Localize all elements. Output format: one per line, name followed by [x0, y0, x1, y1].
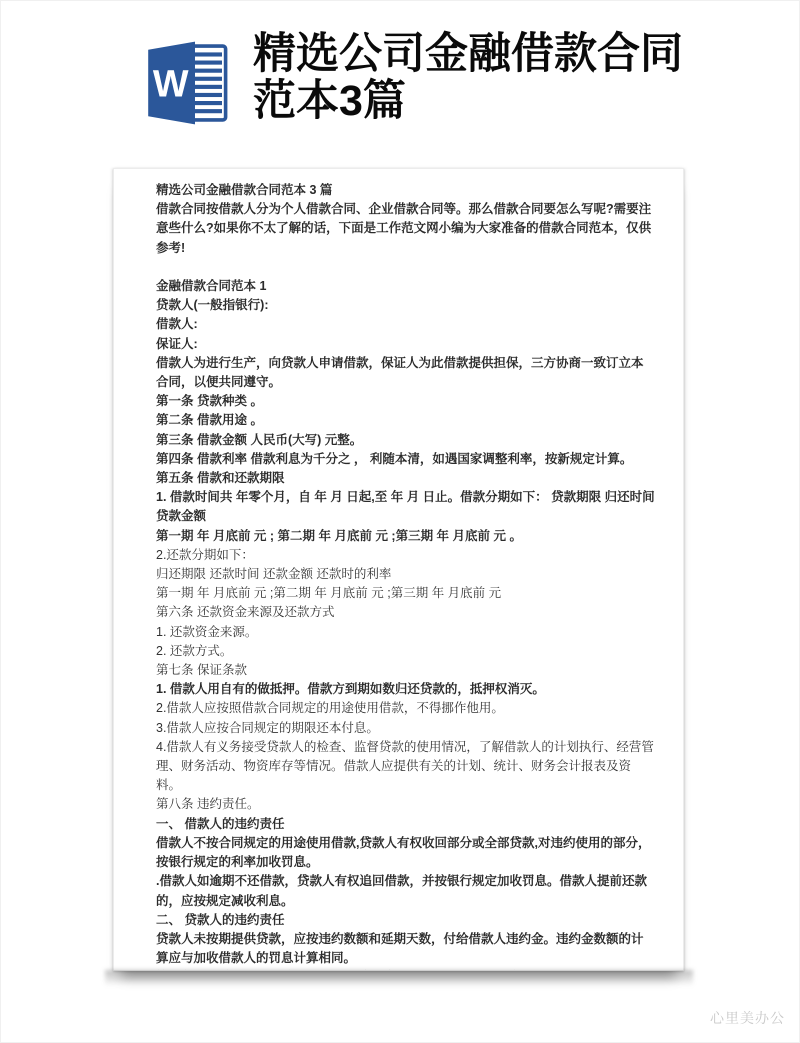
paragraph: 第五条 借款和还款期限 — [156, 469, 655, 488]
paragraph: 二、 贷款人的违约责任 — [156, 911, 655, 930]
paragraph: .借款人如逾期不还借款，贷款人有权追回借款，并按银行规定加收罚息。借款人提前还款… — [156, 872, 655, 910]
watermark: 心里美办公 — [710, 1008, 785, 1028]
page-title: 精选公司金融借款合同范本3篇 — [253, 31, 683, 126]
paragraph: 1. 借款人用自有的做抵押。借款方到期如数归还贷款的，抵押权消灭。 — [156, 680, 655, 699]
word-icon-letter: W — [153, 64, 189, 106]
page-bottom-shadow — [105, 970, 693, 986]
paragraph: 第一期 年 月底前 元 ; 第二期 年 月底前 元 ;第三期 年 月底前 元 。 — [156, 527, 655, 546]
paragraph: 归还期限 还款时间 还款金额 还款时的利率 — [156, 565, 655, 584]
paragraph: 借款人为进行生产，向贷款人申请借款，保证人为此借款提供担保，三方协商一致订立本合… — [156, 354, 655, 392]
blank-line — [156, 258, 655, 277]
document-body: 精选公司金融借款合同范本 3 篇借款合同按借款人分为个人借款合同、企业借款合同等… — [156, 181, 655, 971]
paragraph: 第一期 年 月底前 元 ;第二期 年 月底前 元 ;第三期 年 月底前 元 — [156, 584, 655, 603]
paragraph: 3.借款人应按合同规定的期限还本付息。 — [156, 719, 655, 738]
paragraph: 第九条 解决合同纠纷的方式：执行本合同发生争议，由当事人双方协商解决。协商不成，… — [156, 968, 655, 971]
page-background: W 精选公司金融借款合同范本3篇 精选公司金融借款合同范本 3 篇借款合同按借款… — [0, 0, 800, 1043]
word-icon-graphic: W — [141, 37, 231, 129]
paragraph: 2.借款人应按照借款合同规定的用途使用借款，不得挪作他用。 — [156, 699, 655, 718]
paragraph: 第六条 还款资金来源及还款方式 — [156, 603, 655, 622]
document-header: W 精选公司金融借款合同范本3篇 — [141, 31, 701, 129]
paragraph: 第二条 借款用途 。 — [156, 411, 655, 430]
paragraph: 第七条 保证条款 — [156, 661, 655, 680]
word-icon: W — [141, 37, 231, 129]
paragraph: 第三条 借款金额 人民币(大写) 元整。 — [156, 431, 655, 450]
paragraph: 第八条 违约责任。 — [156, 795, 655, 814]
paragraph: 一、 借款人的违约责任 — [156, 815, 655, 834]
paragraph: 贷款人(一般指银行): — [156, 296, 655, 315]
paragraph: 借款人: — [156, 315, 655, 334]
paragraph: 借款合同按借款人分为个人借款合同、企业借款合同等。那么借款合同要怎么写呢?需要注… — [156, 200, 655, 258]
paragraph: 金融借款合同范本 1 — [156, 277, 655, 296]
paragraph: 第四条 借款利率 借款利息为千分之 ， 利随本清，如遇国家调整利率，按新规定计算… — [156, 450, 655, 469]
paragraph: 1. 借款时间共 年零个月，自 年 月 日起,至 年 月 日止。借款分期如下： … — [156, 488, 655, 526]
document-page: 精选公司金融借款合同范本 3 篇借款合同按借款人分为个人借款合同、企业借款合同等… — [113, 168, 684, 971]
paragraph: 1. 还款资金来源。 — [156, 623, 655, 642]
paragraph: 精选公司金融借款合同范本 3 篇 — [156, 181, 655, 200]
paragraph: 4.借款人有义务接受贷款人的检查、监督贷款的使用情况，了解借款人的计划执行、经营… — [156, 738, 655, 796]
paragraph: 借款人不按合同规定的用途使用借款,贷款人有权收回部分或全部贷款,对违约使用的部分… — [156, 834, 655, 872]
paragraph: 贷款人未按期提供贷款，应按违约数额和延期天数，付给借款人违约金。违约金数额的计算… — [156, 930, 655, 968]
paragraph: 2. 还款方式。 — [156, 642, 655, 661]
paragraph: 保证人: — [156, 335, 655, 354]
paragraph: 第一条 贷款种类 。 — [156, 392, 655, 411]
paragraph: 2.还款分期如下： — [156, 546, 655, 565]
